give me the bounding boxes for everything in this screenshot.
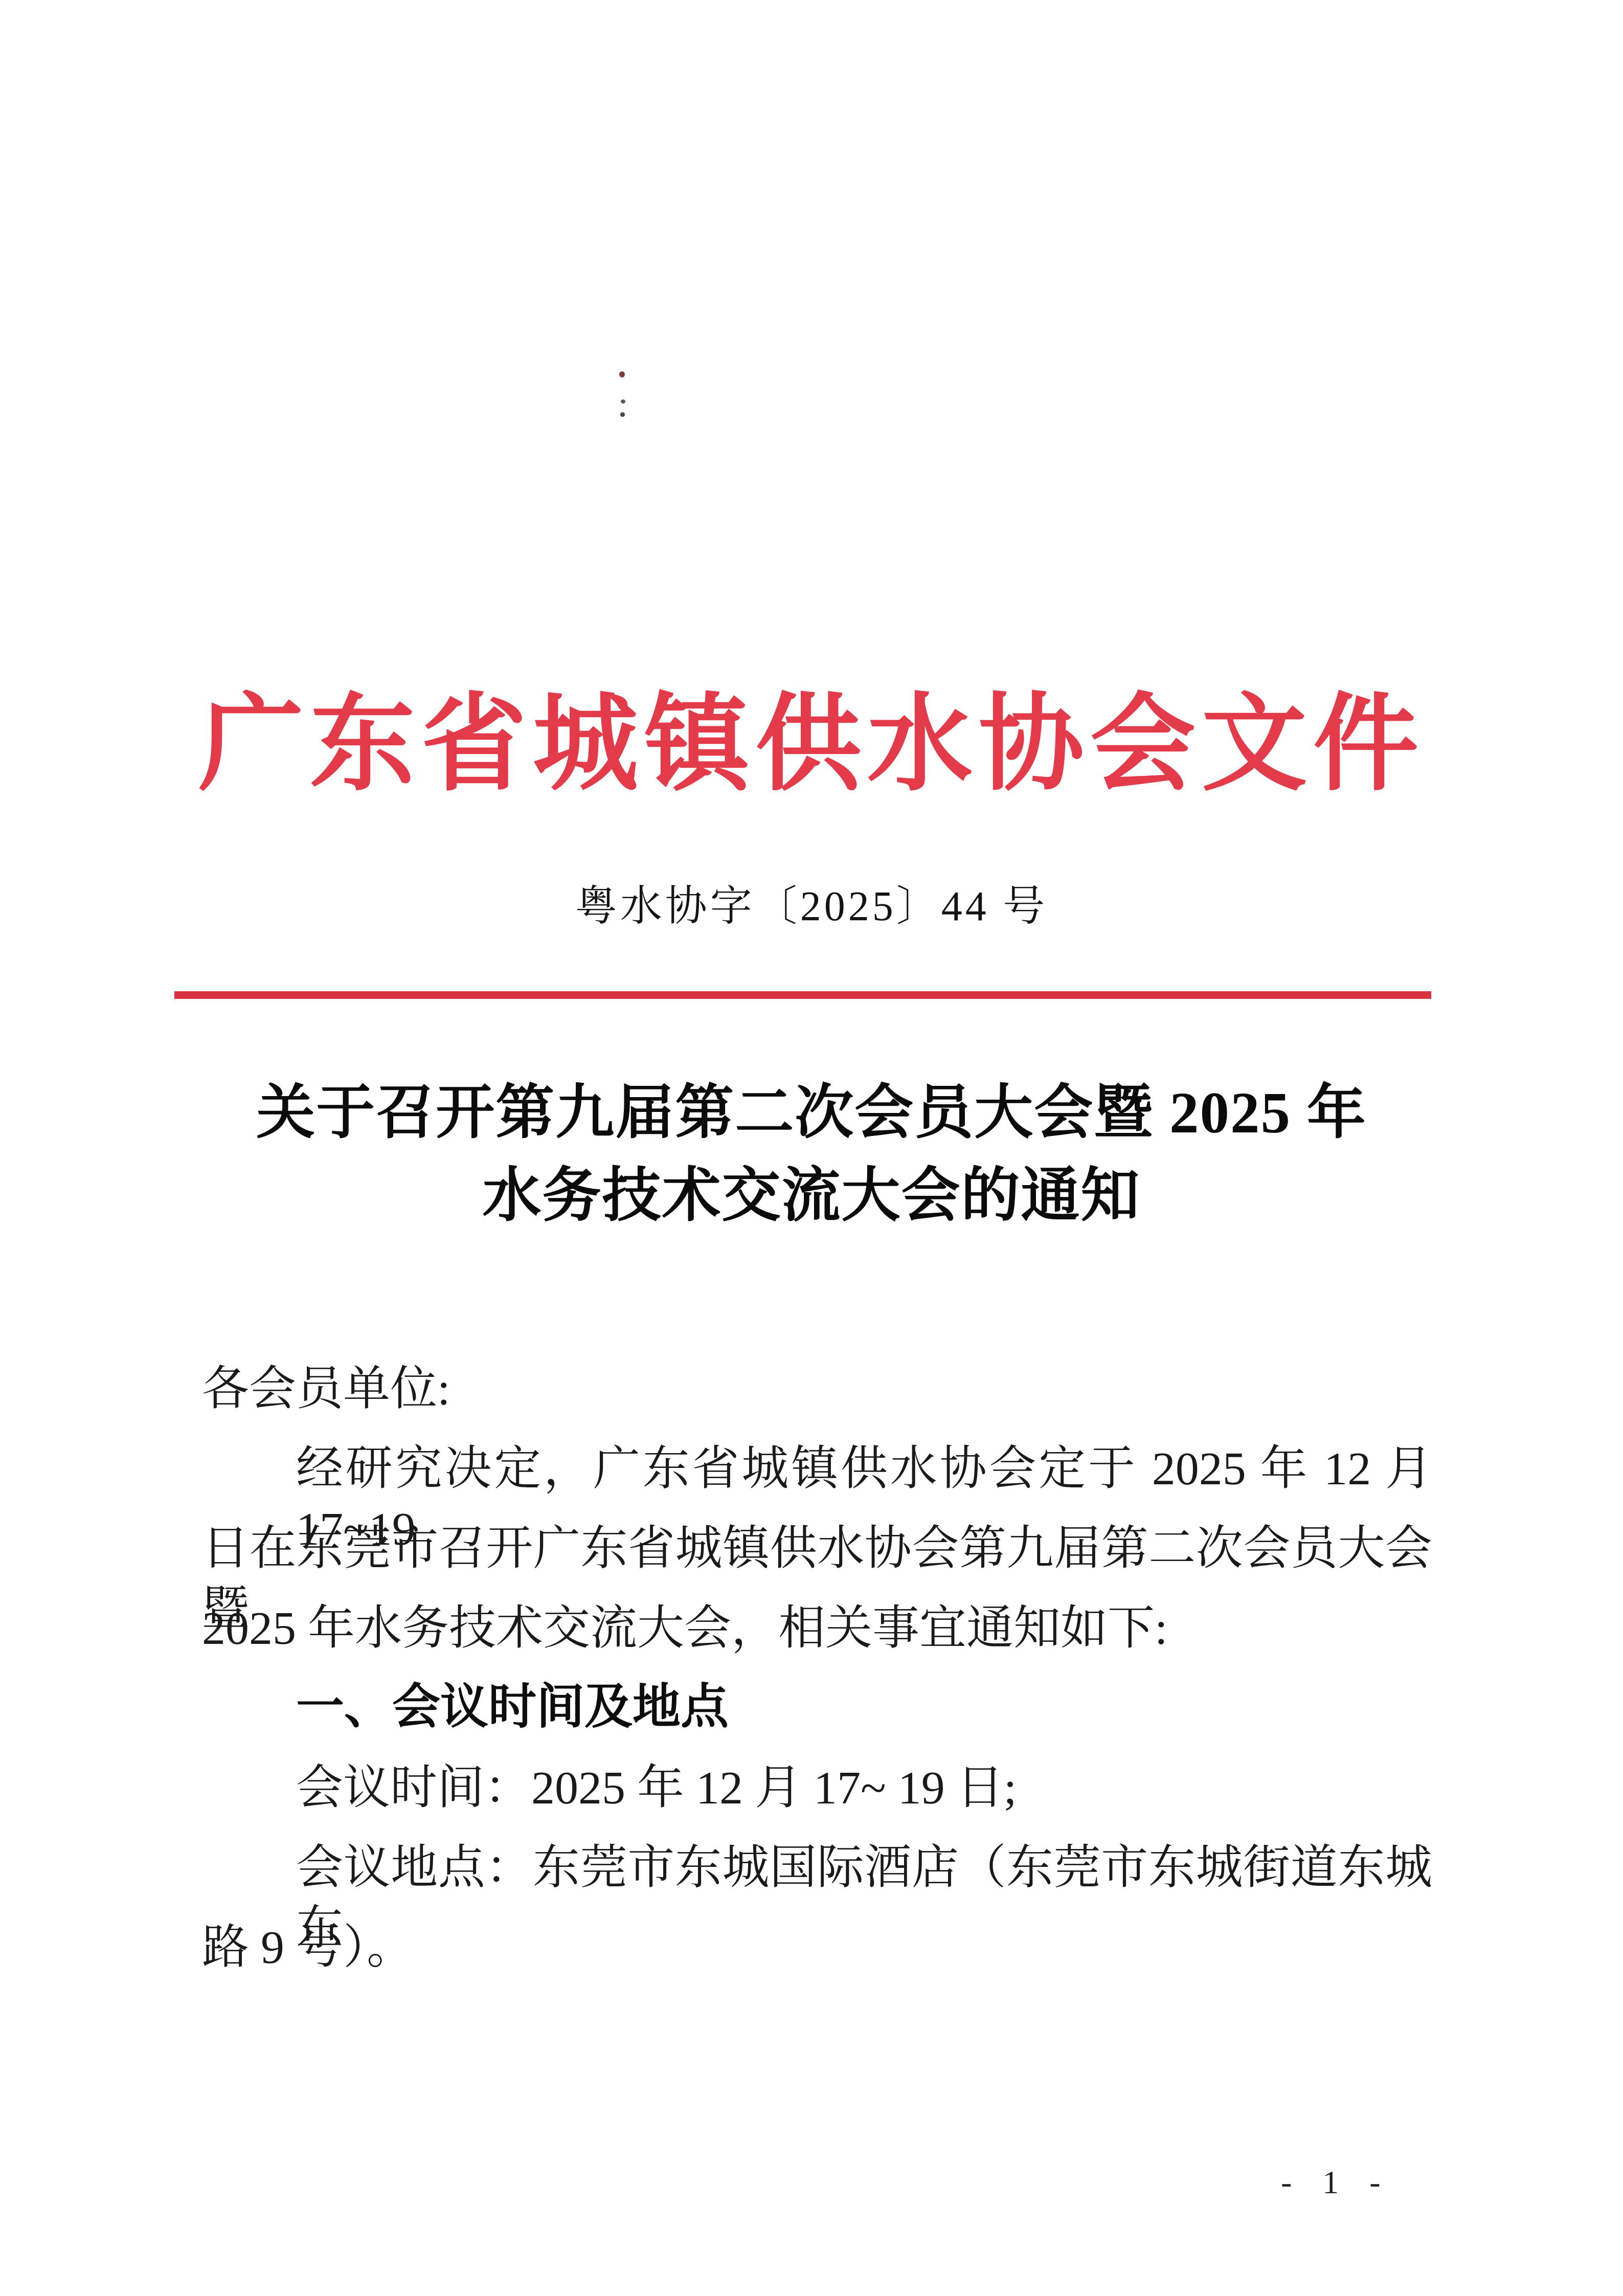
- scan-speck: [619, 371, 625, 377]
- paragraph1-line2: 日在东莞市召开广东省城镇供水协会第九届第二次会员大会暨: [202, 1518, 1432, 1597]
- doc-title: 关于召开第九届第二次会员大会暨 2025 年 水务技术交流大会的通知: [0, 1072, 1623, 1237]
- doc-number: 粤水协字〔2025〕44 号: [0, 873, 1623, 932]
- document-page: 广东省城镇供水协会文件 粤水协字〔2025〕44 号 关于召开第九届第二次会员大…: [0, 0, 1623, 2296]
- meeting-time-line: 会议时间：2025 年 12 月 17~ 19 日;: [202, 1757, 1432, 1837]
- doc-title-line1: 关于召开第九届第二次会员大会暨 2025 年: [0, 1072, 1623, 1154]
- paragraph1-line3: 2025 年水务技术交流大会，相关事宜通知如下:: [202, 1598, 1432, 1677]
- page-number: - 1 -: [1281, 2164, 1392, 2201]
- scan-speck: [621, 399, 625, 404]
- meeting-place-line2: 路 9 号）。: [202, 1917, 1432, 1996]
- section1-heading: 一、会议时间及地点: [202, 1677, 1432, 1756]
- red-divider-rule: [174, 991, 1431, 999]
- scan-speck: [620, 412, 625, 417]
- doc-title-line2: 水务技术交流大会的通知: [0, 1154, 1623, 1237]
- paragraph1-line1: 经研究决定，广东省城镇供水协会定于 2025 年 12 月 17~19: [202, 1438, 1432, 1518]
- org-title: 广东省城镇供水协会文件: [0, 659, 1623, 787]
- meeting-place-line1: 会议地点：东莞市东城国际酒店（东莞市东城街道东城东: [202, 1837, 1432, 1916]
- salutation: 各会员单位:: [202, 1358, 1432, 1438]
